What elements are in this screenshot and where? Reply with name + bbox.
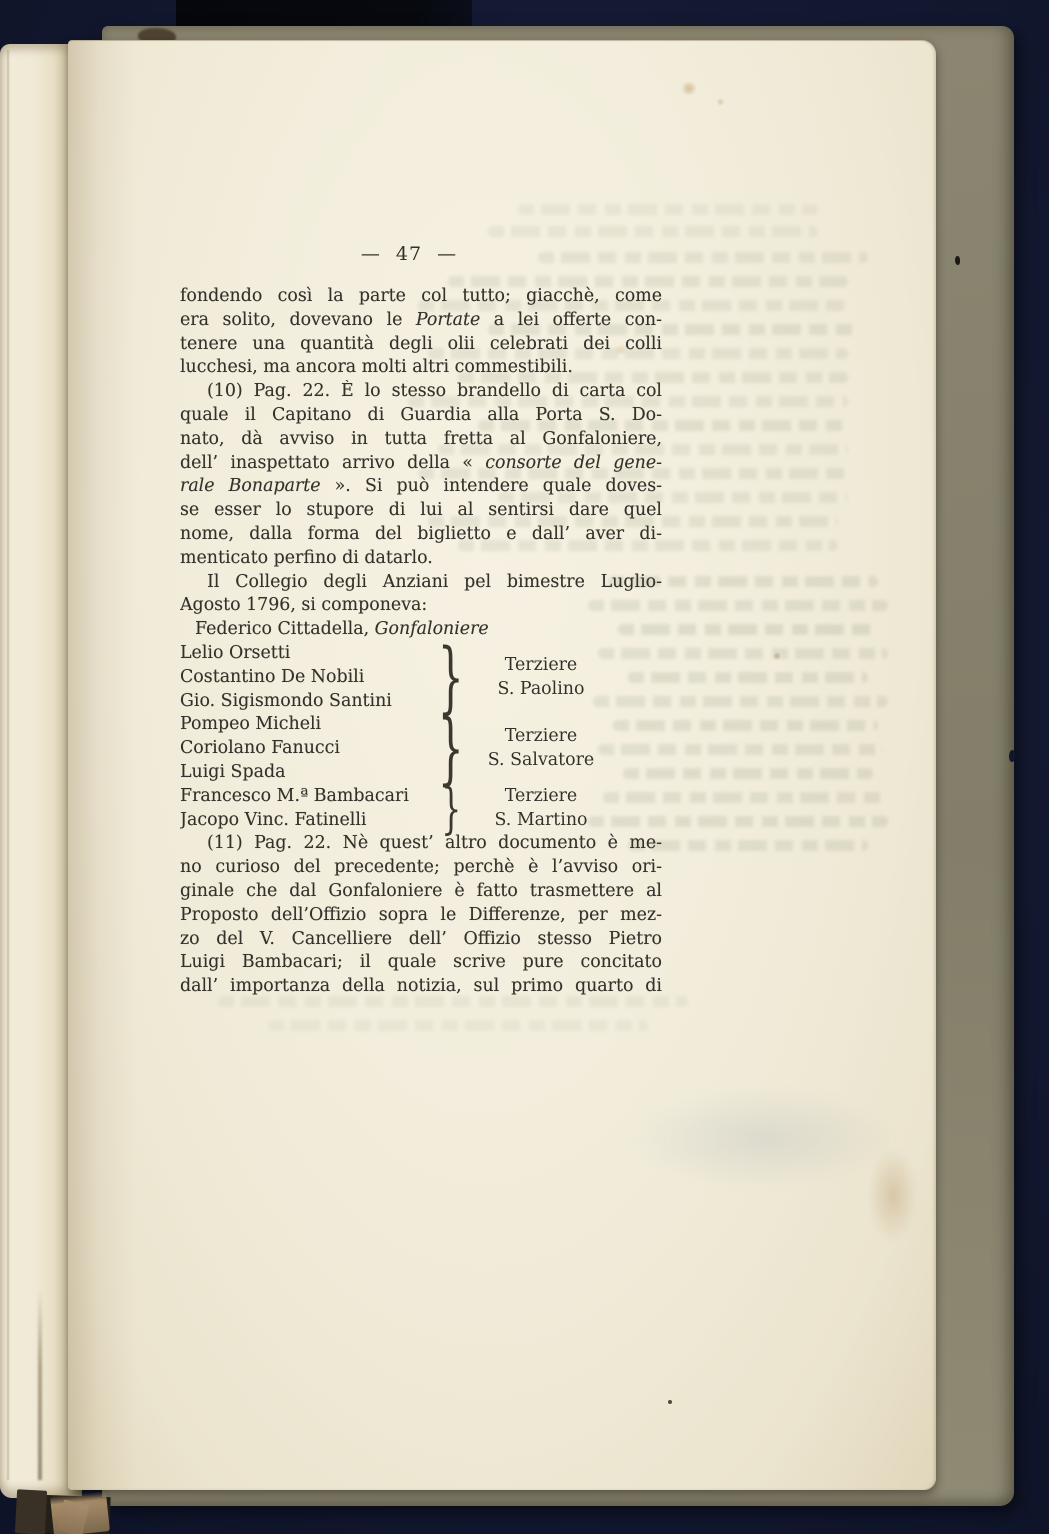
- roster-header-line: Federico Cittadella, Gonfaloniere: [180, 618, 662, 642]
- terziere-label: Terziere: [466, 725, 616, 749]
- show-through-blob: [628, 1088, 898, 1188]
- roster-name: Francesco M.ª Bambacari: [180, 785, 436, 809]
- speck: [668, 1400, 672, 1404]
- italic-text: Portate: [416, 310, 480, 330]
- roster-group: Lelio OrsettiCostantino De NobiliGio. Si…: [180, 642, 662, 713]
- text-segment: Il Collegio degli Anziani pel bimestre L…: [207, 572, 662, 592]
- italic-text: rale Bonaparte: [180, 476, 321, 496]
- roster-name: Gio. Sigismondo Santini: [180, 690, 436, 714]
- text-line: (11) Pag. 22. Nè quest’ altro documento …: [180, 832, 662, 856]
- text-column: fondendo così la parte col tutto; giacch…: [180, 285, 662, 999]
- text-line: era solito, dovevano le Portate a lei of…: [180, 309, 662, 333]
- roster-name: Jacopo Vinc. Fatinelli: [180, 809, 436, 833]
- stain: [680, 82, 698, 95]
- note-11: (11) Pag. 22. Nè quest’ altro documento …: [180, 832, 662, 999]
- roster-group: Pompeo MicheliCoriolano FanucciLuigi Spa…: [180, 713, 662, 784]
- text-line: nome, dalla forma del biglietto e dall’ …: [180, 523, 662, 547]
- book-page: —47— fondendo così la parte col tutto; g…: [68, 40, 936, 1490]
- text-segment: Proposto dell’Offizio sopra le Differenz…: [180, 905, 662, 925]
- ink-fleck: [955, 256, 960, 265]
- text-line: tenere una quantità degli olii celebrati…: [180, 333, 662, 357]
- page-number: 47: [396, 243, 422, 265]
- text-segment: fondendo così la parte col tutto; giacch…: [180, 286, 662, 306]
- text-segment: (10) Pag. 22. È lo stesso brandello di c…: [207, 381, 662, 401]
- text-line: Agosto 1796, si componeva:: [180, 594, 662, 618]
- text-line: quale il Capitano di Guardia alla Porta …: [180, 404, 662, 428]
- show-through-line: [628, 840, 868, 851]
- italic-text: consorte del gene-: [485, 453, 662, 473]
- stain: [773, 652, 781, 660]
- paragraph-continuation: fondendo così la parte col tutto; giacch…: [180, 285, 662, 380]
- ward-label: S. Paolino: [466, 678, 616, 702]
- text-segment: no curioso del precedente; perchè è l’av…: [180, 857, 662, 877]
- gutter-crease: [38, 1290, 42, 1480]
- text-segment: Luigi Bambacari; il quale scrive pure co…: [180, 952, 662, 972]
- text-segment: zo del V. Cancelliere dell’ Offizio stes…: [180, 929, 662, 949]
- binding-tab: [15, 1489, 47, 1534]
- roster-labels: TerziereS. Paolino: [466, 642, 616, 713]
- roster-name: Lelio Orsetti: [180, 642, 436, 666]
- roster-labels: TerziereS. Salvatore: [466, 713, 616, 784]
- text-segment: Federico Cittadella,: [195, 619, 375, 639]
- grouping-brace: }: [436, 713, 466, 784]
- roster-name: Coriolano Fanucci: [180, 737, 436, 761]
- text-segment: tenere una quantità degli olii celebrati…: [180, 334, 662, 354]
- show-through-line: [488, 226, 818, 237]
- text-line: (10) Pag. 22. È lo stesso brandello di c…: [180, 380, 662, 404]
- header-dash: —: [437, 243, 457, 265]
- stain: [868, 1148, 918, 1243]
- text-segment: ». Si può intendere quale doves-: [321, 476, 662, 496]
- roster-names: Lelio OrsettiCostantino De NobiliGio. Si…: [180, 642, 436, 713]
- text-segment: Agosto 1796, si componeva:: [180, 595, 427, 615]
- brace-glyph: }: [438, 645, 464, 711]
- text-line: no curioso del precedente; perchè è l’av…: [180, 856, 662, 880]
- brace-glyph: }: [438, 716, 464, 782]
- page-number-header: —47—: [168, 243, 650, 265]
- page-edge-line: [7, 50, 9, 1480]
- brace-glyph: }: [441, 787, 461, 831]
- show-through-line: [628, 672, 868, 683]
- roster-names: Pompeo MicheliCoriolano FanucciLuigi Spa…: [180, 713, 436, 784]
- text-segment: nato, dà avviso in tutta fretta al Gonfa…: [180, 429, 662, 449]
- roster-group: Francesco M.ª BambacariJacopo Vinc. Fati…: [180, 785, 662, 833]
- note-10: (10) Pag. 22. È lo stesso brandello di c…: [180, 380, 662, 570]
- roster-name: Pompeo Micheli: [180, 713, 436, 737]
- roster-names: Francesco M.ª BambacariJacopo Vinc. Fati…: [180, 785, 436, 833]
- board-edge-nick: [1009, 750, 1015, 762]
- text-line: Proposto dell’Offizio sopra le Differenz…: [180, 904, 662, 928]
- collegio-intro: Il Collegio degli Anziani pel bimestre L…: [180, 571, 662, 619]
- italic-text: Gonfaloniere: [375, 619, 489, 639]
- collegio-roster: Federico Cittadella, GonfaloniereLelio O…: [180, 618, 662, 832]
- text-line: fondendo così la parte col tutto; giacch…: [180, 285, 662, 309]
- text-line: Il Collegio degli Anziani pel bimestre L…: [180, 571, 662, 595]
- roster-name: Luigi Spada: [180, 761, 436, 785]
- show-through-line: [268, 1020, 648, 1031]
- text-line: se esser lo stupore di lui al sentirsi d…: [180, 499, 662, 523]
- terziere-label: Terziere: [466, 785, 616, 809]
- roster-name: Costantino De Nobili: [180, 666, 436, 690]
- text-segment: (11) Pag. 22. Nè quest’ altro documento …: [207, 833, 662, 853]
- text-line: lucchesi, ma ancora molti altri commesti…: [180, 356, 662, 380]
- photo-scene: —47— fondendo così la parte col tutto; g…: [0, 0, 1049, 1534]
- text-line: nato, dà avviso in tutta fretta al Gonfa…: [180, 428, 662, 452]
- text-line: menticato perfino di datarlo.: [180, 547, 662, 571]
- text-segment: era solito, dovevano le: [180, 310, 416, 330]
- text-line: Luigi Bambacari; il quale scrive pure co…: [180, 951, 662, 975]
- header-dash: —: [361, 243, 381, 265]
- text-segment: ginale che dal Gonfaloniere è fatto tras…: [180, 881, 662, 901]
- ward-label: S. Martino: [466, 809, 616, 833]
- text-line: rale Bonaparte ». Si può intendere quale…: [180, 475, 662, 499]
- text-segment: quale il Capitano di Guardia alla Porta …: [180, 405, 662, 425]
- terziere-label: Terziere: [466, 654, 616, 678]
- text-segment: nome, dalla forma del biglietto e dall’ …: [180, 524, 662, 544]
- ward-label: S. Salvatore: [466, 749, 616, 773]
- show-through-line: [518, 204, 818, 215]
- text-line: dell’ inaspettato arrivo della « consort…: [180, 452, 662, 476]
- text-segment: a lei offerte con-: [480, 310, 662, 330]
- text-line: dall’ importanza della notizia, sul prim…: [180, 975, 662, 999]
- stain: [716, 98, 725, 106]
- text-line: zo del V. Cancelliere dell’ Offizio stes…: [180, 928, 662, 952]
- text-segment: se esser lo stupore di lui al sentirsi d…: [180, 500, 662, 520]
- text-line: ginale che dal Gonfaloniere è fatto tras…: [180, 880, 662, 904]
- roster-labels: TerziereS. Martino: [466, 785, 616, 833]
- text-segment: lucchesi, ma ancora molti altri commesti…: [180, 357, 573, 377]
- text-segment: menticato perfino di datarlo.: [180, 548, 433, 568]
- text-segment: dell’ inaspettato arrivo della «: [180, 453, 485, 473]
- grouping-brace: }: [436, 642, 466, 713]
- text-segment: dall’ importanza della notizia, sul prim…: [180, 976, 662, 996]
